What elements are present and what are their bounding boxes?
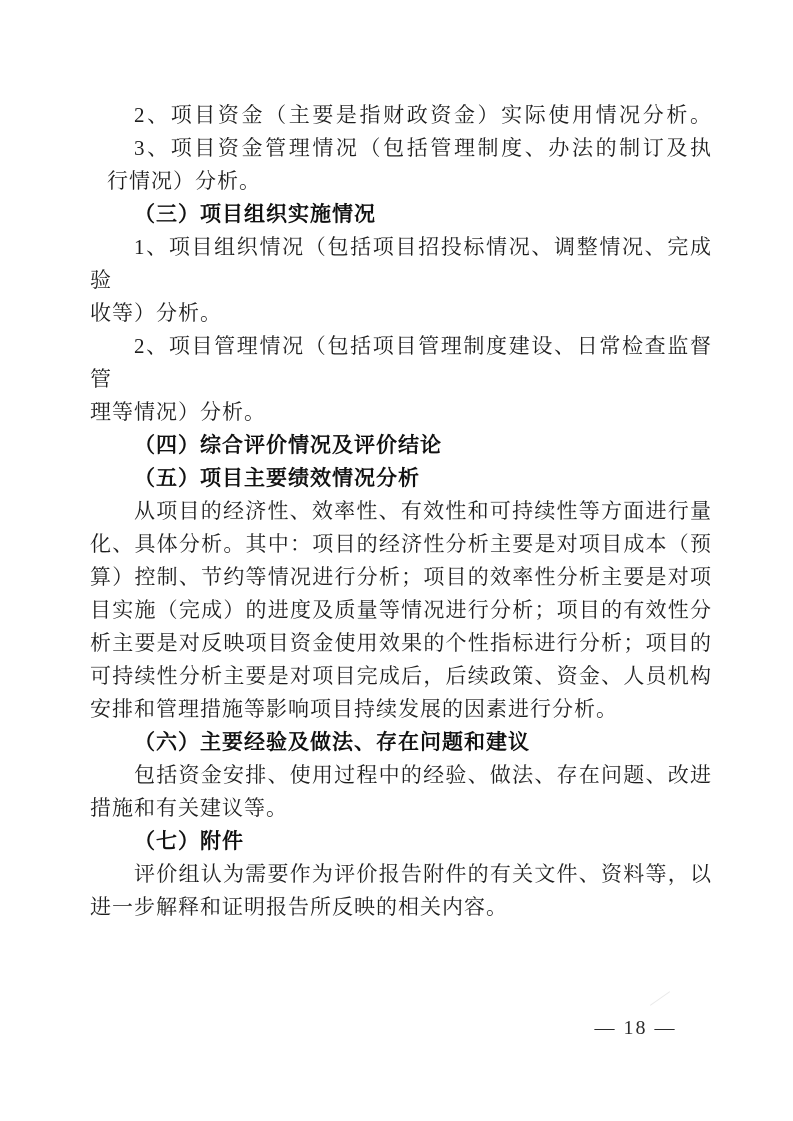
text-line: 1、项目组织情况（包括项目招投标情况、调整情况、完成验	[90, 231, 712, 297]
text-line: 目实施（完成）的进度及质量等情况进行分析；项目的有效性分	[90, 594, 712, 627]
section-heading: （六）主要经验及做法、存在问题和建议	[90, 726, 712, 759]
text-line: 2、项目管理情况（包括项目管理制度建设、日常检查监督管	[90, 330, 712, 396]
text-line: 安排和管理措施等影响项目持续发展的因素进行分析。	[90, 693, 712, 726]
text-line: 评价组认为需要作为评价报告附件的有关文件、资料等，以	[90, 858, 712, 891]
text-line: 化、具体分析。其中：项目的经济性分析主要是对项目成本（预	[90, 528, 712, 561]
page-number: — 18 —	[563, 1017, 708, 1040]
text-line: 从项目的经济性、效率性、有效性和可持续性等方面进行量	[90, 495, 712, 528]
text-line: 行情况）分析。	[90, 165, 712, 198]
text-line: 算）控制、节约等情况进行分析；项目的效率性分析主要是对项	[90, 561, 712, 594]
text-line: 理等情况）分析。	[90, 396, 712, 429]
text-line: 包括资金安排、使用过程中的经验、做法、存在问题、改进	[90, 759, 712, 792]
text-line: 进一步解释和证明报告所反映的相关内容。	[90, 891, 712, 924]
text-line: 可持续性分析主要是对项目完成后，后续政策、资金、人员机构	[90, 660, 712, 693]
text-line: 3、项目资金管理情况（包括管理制度、办法的制订及执	[90, 132, 712, 165]
section-heading: （五）项目主要绩效情况分析	[90, 462, 712, 495]
section-heading: （三）项目组织实施情况	[90, 198, 712, 231]
document-page: 2、项目资金（主要是指财政资金）实际使用情况分析。3、项目资金管理情况（包括管理…	[0, 0, 793, 1121]
document-body: 2、项目资金（主要是指财政资金）实际使用情况分析。3、项目资金管理情况（包括管理…	[90, 99, 712, 924]
scan-artifact	[650, 991, 670, 1006]
text-line: 析主要是对反映项目资金使用效果的个性指标进行分析；项目的	[90, 627, 712, 660]
section-heading: （四）综合评价情况及评价结论	[90, 429, 712, 462]
text-line: 措施和有关建议等。	[90, 792, 712, 825]
text-line: 2、项目资金（主要是指财政资金）实际使用情况分析。	[90, 99, 712, 132]
text-line: 收等）分析。	[90, 297, 712, 330]
section-heading: （七）附件	[90, 825, 712, 858]
